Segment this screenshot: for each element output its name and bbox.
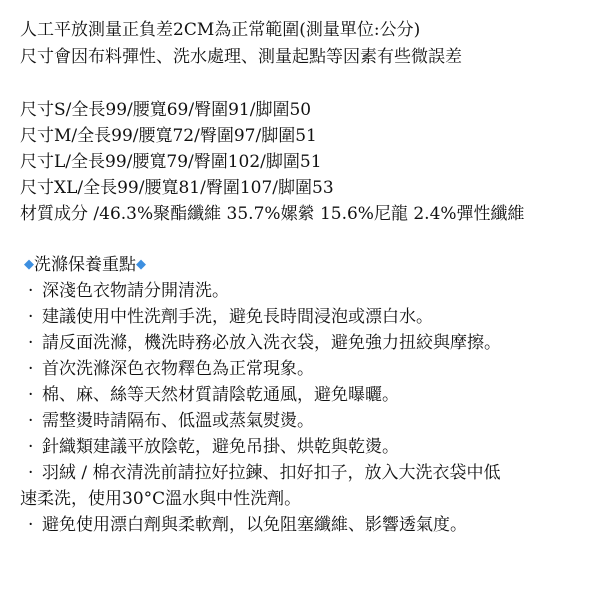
bullet-icon: · bbox=[28, 408, 42, 434]
bullet-icon: · bbox=[28, 460, 42, 486]
bullet-icon: · bbox=[28, 434, 42, 460]
bullet-icon: · bbox=[28, 304, 42, 330]
bullet-icon: · bbox=[28, 382, 42, 408]
size-m: 尺寸M/全長99/腰寬72/臀圍97/脚圍51 bbox=[20, 123, 317, 149]
care-item-text: 棉、麻、絲等天然材質請陰乾通風，避免曝曬。 bbox=[42, 385, 399, 405]
size-l: 尺寸L/全長99/腰寬79/臀圍102/脚圍51 bbox=[20, 149, 322, 175]
material-composition: 材質成分 /46.3%聚酯纖維 35.7%嫘縈 15.6%尼龍 2.4%彈性纖維 bbox=[20, 201, 525, 227]
intro-line-1: 人工平放測量正負差2CM為正常範圍(測量單位:公分) bbox=[20, 17, 420, 43]
care-item-text: 需整燙時請隔布、低溫或蒸氣熨燙。 bbox=[42, 411, 314, 431]
care-item-text: 避免使用漂白劑與柔軟劑，以免阻塞纖維、影響透氣度。 bbox=[42, 515, 467, 535]
care-item-text: 首次洗滌深色衣物釋色為正常現象。 bbox=[42, 359, 314, 379]
care-title: 洗滌保養重點 bbox=[34, 255, 136, 275]
diamond-icon: ◆ bbox=[136, 252, 146, 278]
size-s: 尺寸S/全長99/腰寬69/臀圍91/脚圍50 bbox=[20, 97, 311, 123]
care-item: ·需整燙時請隔布、低溫或蒸氣熨燙。 bbox=[28, 408, 314, 434]
bullet-icon: · bbox=[28, 330, 42, 356]
bullet-icon: · bbox=[28, 356, 42, 382]
care-item: ·棉、麻、絲等天然材質請陰乾通風，避免曝曬。 bbox=[28, 382, 399, 408]
care-item-text: 建議使用中性洗劑手洗，避免長時間浸泡或漂白水。 bbox=[42, 307, 433, 327]
care-item-text: 針織類建議平放陰乾，避免吊掛、烘乾與乾燙。 bbox=[42, 437, 399, 457]
care-item-text: 羽絨 / 棉衣清洗前請拉好拉鍊、扣好扣子，放入大洗衣袋中低 bbox=[42, 463, 501, 483]
size-xl: 尺寸XL/全長99/腰寬81/臀圍107/脚圍53 bbox=[20, 175, 334, 201]
bullet-icon: · bbox=[28, 278, 42, 304]
care-item-wrap: 速柔洗，使用30°C溫水與中性洗劑。 bbox=[20, 486, 301, 512]
care-heading: ◆洗滌保養重點◆ bbox=[24, 252, 146, 278]
care-item: ·首次洗滌深色衣物釋色為正常現象。 bbox=[28, 356, 314, 382]
care-item: ·深淺色衣物請分開清洗。 bbox=[28, 278, 229, 304]
bullet-icon: · bbox=[28, 512, 42, 538]
care-item: ·羽絨 / 棉衣清洗前請拉好拉鍊、扣好扣子，放入大洗衣袋中低 bbox=[28, 460, 501, 486]
diamond-icon: ◆ bbox=[24, 252, 34, 278]
care-item: ·避免使用漂白劑與柔軟劑，以免阻塞纖維、影響透氣度。 bbox=[28, 512, 467, 538]
care-item: ·建議使用中性洗劑手洗，避免長時間浸泡或漂白水。 bbox=[28, 304, 433, 330]
intro-line-2: 尺寸會因布料彈性、洗水處理、測量起點等因素有些微誤差 bbox=[20, 44, 462, 70]
care-item: ·針織類建議平放陰乾，避免吊掛、烘乾與乾燙。 bbox=[28, 434, 399, 460]
care-item-text: 深淺色衣物請分開清洗。 bbox=[42, 281, 229, 301]
care-item-text: 請反面洗滌，機洗時務必放入洗衣袋，避免強力扭絞與摩擦。 bbox=[42, 333, 501, 353]
care-item: ·請反面洗滌，機洗時務必放入洗衣袋，避免強力扭絞與摩擦。 bbox=[28, 330, 501, 356]
